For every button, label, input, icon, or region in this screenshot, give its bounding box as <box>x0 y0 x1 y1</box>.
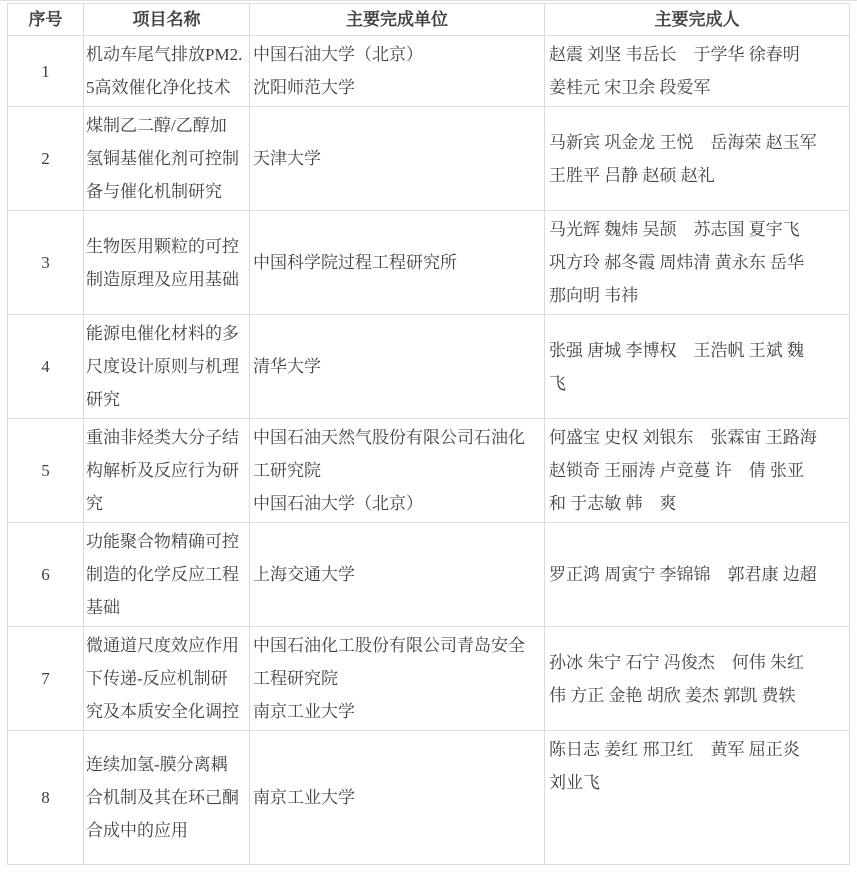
document-page: 序号 项目名称 主要完成单位 主要完成人 1 机动车尾气排放PM2. 5高效催化… <box>0 0 857 873</box>
cell-units: 上海交通大学 <box>250 523 545 627</box>
table-row: 3 生物医用颗粒的可控 制造原理及应用基础 中国科学院过程工程研究所 马光辉 魏… <box>8 211 850 315</box>
header-cell-units: 主要完成单位 <box>250 4 545 36</box>
cell-project: 煤制乙二醇/乙醇加 氢铜基催化剂可控制 备与催化机制研究 <box>84 107 250 211</box>
table-row: 8 连续加氢-膜分离耦 合机制及其在环己酮 合成中的应用 南京工业大学 陈日志 … <box>8 731 850 865</box>
cell-units: 中国石油大学（北京） 沈阳师范大学 <box>250 36 545 107</box>
header-row: 序号 项目名称 主要完成单位 主要完成人 <box>8 4 850 36</box>
table-row: 6 功能聚合物精确可控 制造的化学反应工程 基础 上海交通大学 罗正鸿 周寅宁 … <box>8 523 850 627</box>
cell-units: 南京工业大学 <box>250 731 545 865</box>
cell-index: 8 <box>8 731 84 865</box>
cell-people: 马新宾 巩金龙 王悦 岳海荣 赵玉军 王胜平 吕静 赵硕 赵礼 <box>545 107 850 211</box>
cell-people: 赵震 刘坚 韦岳长 于学华 徐春明 姜桂元 宋卫余 段爱军 <box>545 36 850 107</box>
cell-index: 1 <box>8 36 84 107</box>
cell-units: 中国科学院过程工程研究所 <box>250 211 545 315</box>
cell-units: 清华大学 <box>250 315 545 419</box>
header-cell-index: 序号 <box>8 4 84 36</box>
header-cell-people: 主要完成人 <box>545 4 850 36</box>
cell-people: 罗正鸿 周寅宁 李锦锦 郭君康 边超 <box>545 523 850 627</box>
cell-index: 2 <box>8 107 84 211</box>
cell-index: 6 <box>8 523 84 627</box>
cell-project: 能源电催化材料的多 尺度设计原则与机理 研究 <box>84 315 250 419</box>
cell-project: 连续加氢-膜分离耦 合机制及其在环己酮 合成中的应用 <box>84 731 250 865</box>
cell-index: 4 <box>8 315 84 419</box>
table-row: 7 微通道尺度效应作用 下传递-反应机制研 究及本质安全化调控 中国石油化工股份… <box>8 627 850 731</box>
cell-people: 何盛宝 史权 刘银东 张霖宙 王路海 赵锁奇 王丽涛 卢竞蔓 许 倩 张亚 和 … <box>545 419 850 523</box>
cell-people: 陈日志 姜红 邢卫红 黄军 屈正炎 刘业飞 <box>545 731 850 865</box>
cell-index: 3 <box>8 211 84 315</box>
table-row: 4 能源电催化材料的多 尺度设计原则与机理 研究 清华大学 张强 唐城 李博权 … <box>8 315 850 419</box>
cell-units: 天津大学 <box>250 107 545 211</box>
cell-people: 孙冰 朱宁 石宁 冯俊杰 何伟 朱红 伟 方正 金艳 胡欣 姜杰 郭凯 费轶 <box>545 627 850 731</box>
table-row: 2 煤制乙二醇/乙醇加 氢铜基催化剂可控制 备与催化机制研究 天津大学 马新宾 … <box>8 107 850 211</box>
cell-project: 重油非烃类大分子结 构解析及反应行为研 究 <box>84 419 250 523</box>
cell-units: 中国石油化工股份有限公司青岛安全 工程研究院 南京工业大学 <box>250 627 545 731</box>
cell-people: 张强 唐城 李博权 王浩帆 王斌 魏 飞 <box>545 315 850 419</box>
cell-project: 功能聚合物精确可控 制造的化学反应工程 基础 <box>84 523 250 627</box>
table-row: 1 机动车尾气排放PM2. 5高效催化净化技术 中国石油大学（北京） 沈阳师范大… <box>8 36 850 107</box>
header-cell-project: 项目名称 <box>84 4 250 36</box>
cell-index: 7 <box>8 627 84 731</box>
table-row: 5 重油非烃类大分子结 构解析及反应行为研 究 中国石油天然气股份有限公司石油化… <box>8 419 850 523</box>
cell-people: 马光辉 魏炜 吴颉 苏志国 夏宇飞 巩方玲 郝冬霞 周炜清 黄永东 岳华 那向明… <box>545 211 850 315</box>
cell-project: 微通道尺度效应作用 下传递-反应机制研 究及本质安全化调控 <box>84 627 250 731</box>
cell-project: 生物医用颗粒的可控 制造原理及应用基础 <box>84 211 250 315</box>
cell-units: 中国石油天然气股份有限公司石油化 工研究院 中国石油大学（北京） <box>250 419 545 523</box>
cell-index: 5 <box>8 419 84 523</box>
projects-award-table: 序号 项目名称 主要完成单位 主要完成人 1 机动车尾气排放PM2. 5高效催化… <box>7 3 850 865</box>
cell-project: 机动车尾气排放PM2. 5高效催化净化技术 <box>84 36 250 107</box>
